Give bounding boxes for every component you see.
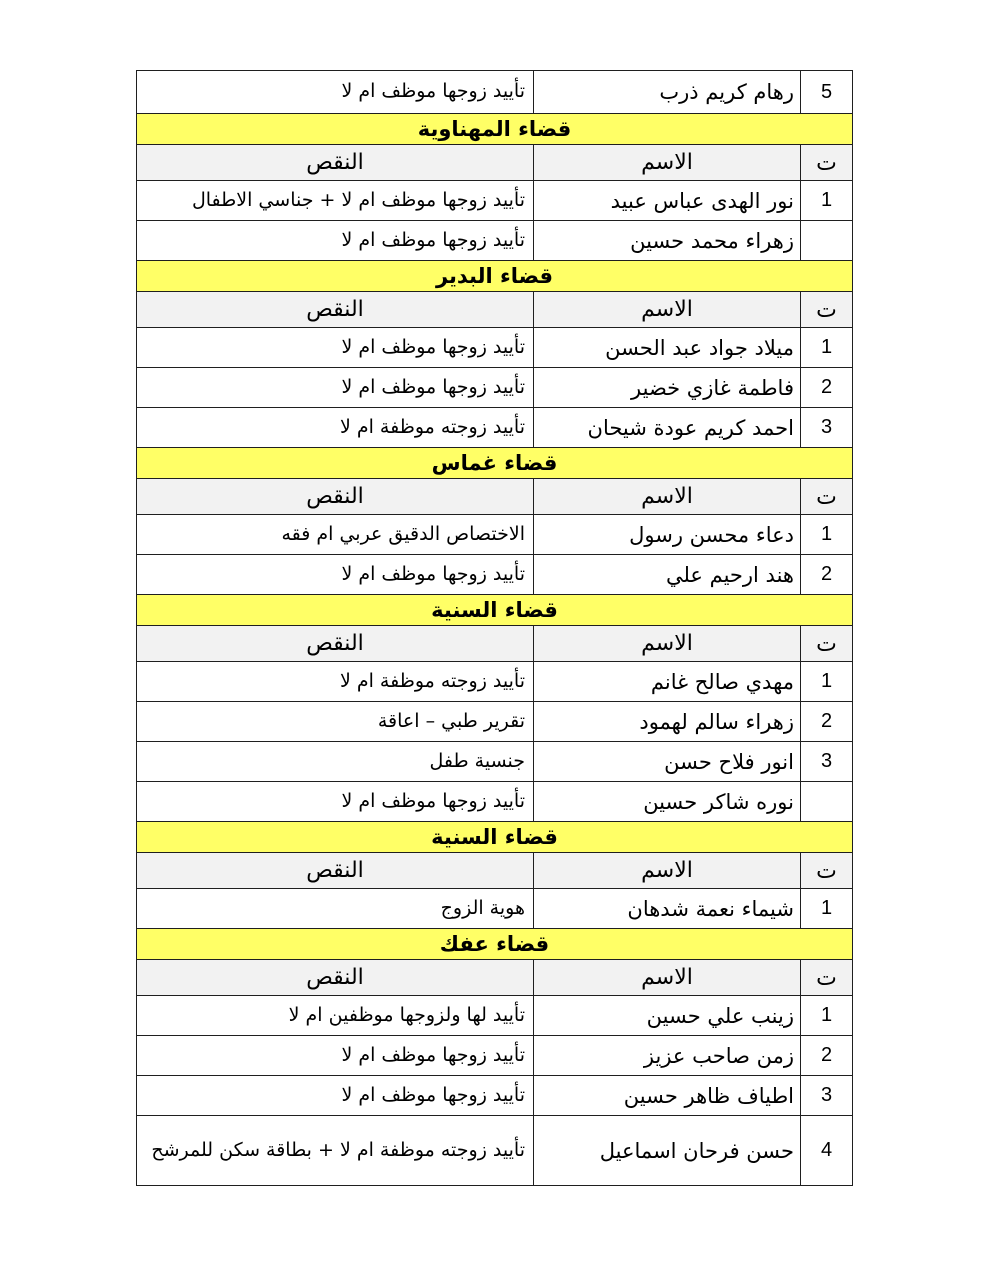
column-header-deficiency: النقص <box>137 479 534 515</box>
row-number-cell: 1 <box>801 181 853 221</box>
row-number-cell <box>801 221 853 261</box>
row-number-cell: 1 <box>801 515 853 555</box>
column-header-num: ت <box>801 292 853 328</box>
column-header-row: تالاسمالنقص <box>137 626 853 662</box>
row-deficiency-cell: هوية الزوج <box>137 889 534 929</box>
table-row: 4حسن فرحان اسماعيلتأييد زوجته موظفة ام ل… <box>137 1116 853 1186</box>
column-header-name: الاسم <box>534 960 801 996</box>
row-deficiency-cell: تأييد زوجها موظف ام لا + جناسي الاطفال <box>137 181 534 221</box>
row-name-cell: زهراء محمد حسين <box>534 221 801 261</box>
row-number-cell <box>801 782 853 822</box>
row-name-cell: دعاء محسن رسول <box>534 515 801 555</box>
row-number-cell: 1 <box>801 328 853 368</box>
section-title-cell: قضاء غماس <box>137 448 853 479</box>
column-header-name: الاسم <box>534 626 801 662</box>
row-number-cell: 2 <box>801 702 853 742</box>
document-page: 5رهام كريم ذربتأييد زوجها موظف ام لاقضاء… <box>0 0 989 1280</box>
row-name-cell: ميلاد جواد عبد الحسن <box>534 328 801 368</box>
table-row: 1ميلاد جواد عبد الحسنتأييد زوجها موظف ام… <box>137 328 853 368</box>
section-title-cell: قضاء السنية <box>137 595 853 626</box>
row-number-cell: 4 <box>801 1116 853 1186</box>
row-name-cell: رهام كريم ذرب <box>534 71 801 114</box>
row-deficiency-cell: تأييد زوجها موظف ام لا <box>137 1036 534 1076</box>
column-header-name: الاسم <box>534 292 801 328</box>
row-name-cell: زهراء سالم لهمود <box>534 702 801 742</box>
section-title-cell: قضاء المهناوية <box>137 114 853 145</box>
row-deficiency-cell: تقرير طبي – اعاقة <box>137 702 534 742</box>
column-header-deficiency: النقص <box>137 626 534 662</box>
column-header-name: الاسم <box>534 145 801 181</box>
table-row: 1دعاء محسن رسولالاختصاص الدقيق عربي ام ف… <box>137 515 853 555</box>
deficiency-table-body: 5رهام كريم ذربتأييد زوجها موظف ام لاقضاء… <box>137 71 853 1186</box>
column-header-num: ت <box>801 626 853 662</box>
row-deficiency-cell: الاختصاص الدقيق عربي ام فقه <box>137 515 534 555</box>
deficiency-table: 5رهام كريم ذربتأييد زوجها موظف ام لاقضاء… <box>136 70 853 1186</box>
table-row: 1زينب علي حسينتأييد لها ولزوجها موظفين ا… <box>137 996 853 1036</box>
row-deficiency-cell: تأييد زوجها موظف ام لا <box>137 782 534 822</box>
row-deficiency-cell: تأييد زوجها موظف ام لا <box>137 221 534 261</box>
row-name-cell: فاطمة غازي خضير <box>534 368 801 408</box>
row-number-cell: 2 <box>801 1036 853 1076</box>
column-header-deficiency: النقص <box>137 960 534 996</box>
row-name-cell: نوره شاكر حسين <box>534 782 801 822</box>
row-number-cell: 3 <box>801 742 853 782</box>
row-deficiency-cell: تأييد زوجته موظفة ام لا + بطاقة سكن للمر… <box>137 1116 534 1186</box>
column-header-num: ت <box>801 145 853 181</box>
row-name-cell: حسن فرحان اسماعيل <box>534 1116 801 1186</box>
row-name-cell: شيماء نعمة شدهان <box>534 889 801 929</box>
row-deficiency-cell: تأييد زوجها موظف ام لا <box>137 1076 534 1116</box>
row-number-cell: 3 <box>801 1076 853 1116</box>
table-row: 3اطياف ظاهر حسينتأييد زوجها موظف ام لا <box>137 1076 853 1116</box>
section-title-row: قضاء المهناوية <box>137 114 853 145</box>
row-deficiency-cell: تأييد زوجها موظف ام لا <box>137 555 534 595</box>
table-row: 1مهدي صالح غانمتأييد زوجته موظفة ام لا <box>137 662 853 702</box>
table-row: 1نور الهدى عباس عبيدتأييد زوجها موظف ام … <box>137 181 853 221</box>
section-title-cell: قضاء السنية <box>137 822 853 853</box>
section-title-row: قضاء غماس <box>137 448 853 479</box>
row-name-cell: نور الهدى عباس عبيد <box>534 181 801 221</box>
column-header-num: ت <box>801 853 853 889</box>
row-deficiency-cell: تأييد زوجها موظف ام لا <box>137 368 534 408</box>
row-deficiency-cell: تأييد زوجته موظفة ام لا <box>137 662 534 702</box>
row-number-cell: 2 <box>801 555 853 595</box>
table-row: 2فاطمة غازي خضيرتأييد زوجها موظف ام لا <box>137 368 853 408</box>
row-name-cell: زمن صاحب عزيز <box>534 1036 801 1076</box>
table-row: 2زهراء سالم لهمودتقرير طبي – اعاقة <box>137 702 853 742</box>
row-deficiency-cell: تأييد زوجها موظف ام لا <box>137 71 534 114</box>
table-row: 1شيماء نعمة شدهانهوية الزوج <box>137 889 853 929</box>
row-name-cell: انور فلاح حسن <box>534 742 801 782</box>
column-header-row: تالاسمالنقص <box>137 292 853 328</box>
column-header-name: الاسم <box>534 479 801 515</box>
row-name-cell: احمد كريم عودة شيحان <box>534 408 801 448</box>
column-header-name: الاسم <box>534 853 801 889</box>
table-row: 3احمد كريم عودة شيحانتأييد زوجته موظفة ا… <box>137 408 853 448</box>
table-row: 2هند ارحيم عليتأييد زوجها موظف ام لا <box>137 555 853 595</box>
column-header-row: تالاسمالنقص <box>137 145 853 181</box>
row-number-cell: 3 <box>801 408 853 448</box>
column-header-row: تالاسمالنقص <box>137 479 853 515</box>
table-row: نوره شاكر حسينتأييد زوجها موظف ام لا <box>137 782 853 822</box>
row-name-cell: هند ارحيم علي <box>534 555 801 595</box>
row-deficiency-cell: جنسية طفل <box>137 742 534 782</box>
row-name-cell: زينب علي حسين <box>534 996 801 1036</box>
section-title-row: قضاء البدير <box>137 261 853 292</box>
row-deficiency-cell: تأييد لها ولزوجها موظفين ام لا <box>137 996 534 1036</box>
row-number-cell: 2 <box>801 368 853 408</box>
column-header-num: ت <box>801 479 853 515</box>
section-title-row: قضاء عفك <box>137 929 853 960</box>
row-deficiency-cell: تأييد زوجته موظفة ام لا <box>137 408 534 448</box>
column-header-deficiency: النقص <box>137 145 534 181</box>
table-row: 5رهام كريم ذربتأييد زوجها موظف ام لا <box>137 71 853 114</box>
row-number-cell: 1 <box>801 662 853 702</box>
column-header-num: ت <box>801 960 853 996</box>
section-title-row: قضاء السنية <box>137 822 853 853</box>
row-deficiency-cell: تأييد زوجها موظف ام لا <box>137 328 534 368</box>
section-title-cell: قضاء عفك <box>137 929 853 960</box>
table-row: 2زمن صاحب عزيزتأييد زوجها موظف ام لا <box>137 1036 853 1076</box>
row-number-cell: 1 <box>801 889 853 929</box>
section-title-cell: قضاء البدير <box>137 261 853 292</box>
column-header-row: تالاسمالنقص <box>137 960 853 996</box>
section-title-row: قضاء السنية <box>137 595 853 626</box>
row-number-cell: 1 <box>801 996 853 1036</box>
row-name-cell: اطياف ظاهر حسين <box>534 1076 801 1116</box>
row-number-cell: 5 <box>801 71 853 114</box>
column-header-deficiency: النقص <box>137 853 534 889</box>
table-row: 3انور فلاح حسنجنسية طفل <box>137 742 853 782</box>
row-name-cell: مهدي صالح غانم <box>534 662 801 702</box>
table-row: زهراء محمد حسينتأييد زوجها موظف ام لا <box>137 221 853 261</box>
column-header-deficiency: النقص <box>137 292 534 328</box>
column-header-row: تالاسمالنقص <box>137 853 853 889</box>
